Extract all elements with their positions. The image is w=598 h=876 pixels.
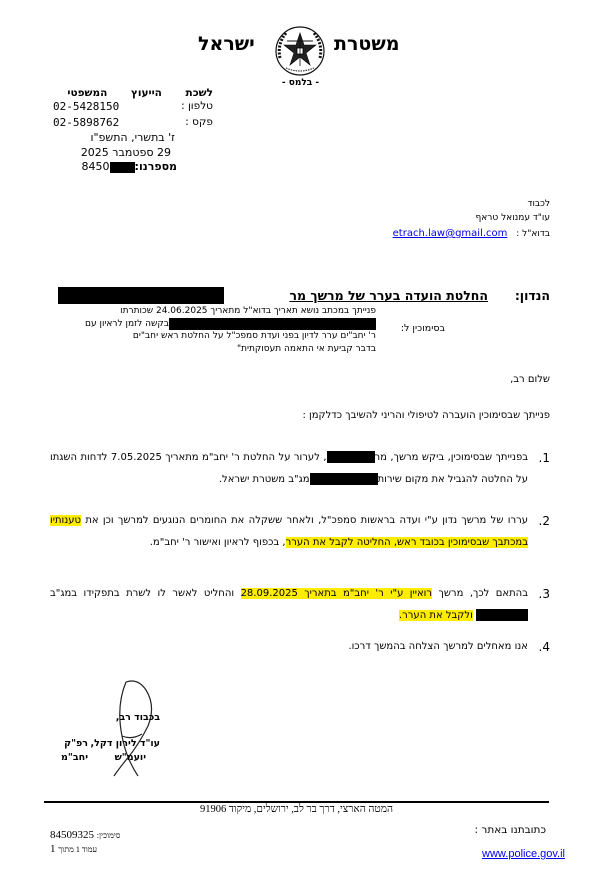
page-label: עמוד 1 מתוך bbox=[58, 845, 97, 854]
fax-row: פקס : 02-5898762 bbox=[53, 116, 213, 129]
intro-paragraph: פנייתך שבסימוכין הועברה לטיפולי והריני ל… bbox=[302, 410, 550, 421]
signatory-unit: יחב"מ bbox=[61, 752, 88, 763]
redaction-block bbox=[58, 287, 224, 304]
footer-address: המטה הארצי, דרך בר לב, ירושלים, מיקוד 91… bbox=[44, 804, 549, 815]
hebrew-date: ז' בתשרי, התשפ"ו bbox=[90, 131, 175, 144]
item-text: בהתאם לכך, מרשך bbox=[432, 588, 528, 599]
redaction-block bbox=[110, 162, 135, 173]
signatory-rank: רפ"ק bbox=[64, 738, 88, 749]
police-website-link[interactable]: www.police.gov.il bbox=[482, 848, 565, 860]
subject-text: החלטת הועדה בערר של מרשך מר bbox=[289, 288, 488, 303]
classification-marking: - בלמס - bbox=[273, 78, 328, 88]
org-name-police: משטרת bbox=[334, 33, 399, 55]
recipient-email-link[interactable]: etrach.law@gmail.com bbox=[393, 228, 508, 239]
subject-title: החלטת הועדה בערר של מרשך מר bbox=[289, 288, 488, 303]
redaction-block bbox=[327, 451, 375, 463]
signature-closing: בכבוד רב, bbox=[116, 712, 160, 723]
reference-line-2: בקשה לזמן לראיון עם bbox=[48, 318, 376, 331]
fax-label: פקס : bbox=[185, 116, 213, 129]
item-text: מג"ב משטרת ישראל. bbox=[219, 474, 310, 485]
list-item: 3. בהתאם לכך, מרשך רואיין ע"י ר' יחב"מ ב… bbox=[50, 583, 550, 627]
signatory-title: יועמ"ש bbox=[115, 752, 146, 763]
footer-ref-number: 84509325 bbox=[50, 829, 94, 841]
item-text: והחליט לאשר לו לשרת בתפקידו במג"ב bbox=[50, 588, 241, 599]
item-number: 3. bbox=[539, 583, 550, 605]
redaction-block bbox=[310, 473, 378, 485]
footer-reference: סימוכין: 84509325 bbox=[50, 829, 120, 841]
recipient-salutation: לכבוד bbox=[528, 199, 550, 209]
item-text: אנו מאחלים למרשך הצלחה בהמשך דרכו. bbox=[348, 641, 528, 652]
item-body: עררו של מרשך נדון ע"י ועדה בראשות סמפכ"ל… bbox=[50, 510, 528, 554]
department-name: לשכת הייעוץ המשפטי bbox=[67, 87, 213, 99]
fax-number: 02-5898762 bbox=[53, 116, 119, 129]
item-text: עררו של מרשך נדון ע"י ועדה בראשות סמפכ"ל… bbox=[81, 515, 528, 526]
item-number: 2. bbox=[539, 510, 550, 532]
subject-label: הנדון: bbox=[515, 288, 550, 303]
reference-line-4: בדבר קביעת אי התאמה תעסוקתית" bbox=[48, 343, 376, 356]
phone-number: 02-5428150 bbox=[53, 100, 119, 113]
item-body: בפנייתך שבסימוכין, ביקש מרשך, מר, לערור … bbox=[50, 447, 528, 491]
list-item: 2. עררו של מרשך נדון ע"י ועדה בראשות סמפ… bbox=[50, 510, 550, 554]
page-number: עמוד 1 מתוך 1 bbox=[50, 843, 97, 855]
recipient-email-row: בדוא"ל : etrach.law@gmail.com bbox=[393, 228, 550, 239]
our-ref-number: 8450 bbox=[82, 160, 110, 173]
item-number: 4. bbox=[539, 636, 550, 658]
gregorian-date: 29 ספטמבר 2025 bbox=[81, 146, 171, 159]
reference-body: פנייתך במכתב נושא תאריך בדוא"ל מתאריך 24… bbox=[48, 305, 376, 355]
org-name-israel: ישראל bbox=[198, 33, 255, 55]
phone-row: טלפון : 02-5428150 bbox=[53, 100, 213, 113]
reference-line-1: פנייתך במכתב נושא תאריך בדוא"ל מתאריך 24… bbox=[48, 305, 376, 318]
phone-label: טלפון : bbox=[181, 100, 213, 113]
highlighted-text: ולקבל את הערר. bbox=[399, 610, 473, 621]
our-reference: מספרנו:8450 bbox=[82, 160, 177, 173]
list-item: 4. אנו מאחלים למרשך הצלחה בהמשך דרכו. bbox=[50, 636, 550, 658]
item-body: בהתאם לכך, מרשך רואיין ע"י ר' יחב"מ בתאר… bbox=[50, 583, 528, 627]
recipient-name: עו"ד עמנואל טראף bbox=[476, 213, 550, 223]
page-total: 1 bbox=[50, 843, 56, 855]
footer-divider bbox=[44, 801, 549, 803]
item-text: בפנייתך שבסימוכין, ביקש מרשך, מר bbox=[375, 452, 529, 463]
reference-label: בסימוכין ל: bbox=[401, 323, 445, 334]
footer-site-label: כתובתנו באתר : bbox=[475, 824, 546, 836]
our-ref-label: מספרנו: bbox=[135, 160, 177, 173]
reference-line-3: ר' יחב"ים ערר לדיון בפני ועדת סמפכ"ל על … bbox=[48, 330, 376, 343]
handwritten-signature-icon bbox=[108, 676, 164, 780]
item-body: אנו מאחלים למרשך הצלחה בהמשך דרכו. bbox=[50, 636, 528, 658]
item-text: , בכפוף לראיון ואישור ר' יחב"מ. bbox=[150, 537, 286, 548]
item-number: 1. bbox=[539, 447, 550, 469]
redaction-block bbox=[476, 609, 528, 621]
list-item: 1. בפנייתך שבסימוכין, ביקש מרשך, מר, לער… bbox=[50, 447, 550, 491]
email-label: בדוא"ל : bbox=[516, 229, 550, 239]
greeting: שלום רב, bbox=[510, 374, 550, 385]
highlighted-text: רואיין ע"י ר' יחב"מ בתאריך 28.09.2025 bbox=[241, 588, 432, 599]
signatory-name: עו"ד לירון דקל, bbox=[91, 738, 160, 749]
israel-police-emblem-icon bbox=[272, 24, 328, 80]
redaction-block bbox=[169, 318, 376, 330]
footer-ref-label: סימוכין: bbox=[97, 831, 121, 840]
reference-line-2-text: בקשה לזמן לראיון עם bbox=[85, 319, 169, 329]
